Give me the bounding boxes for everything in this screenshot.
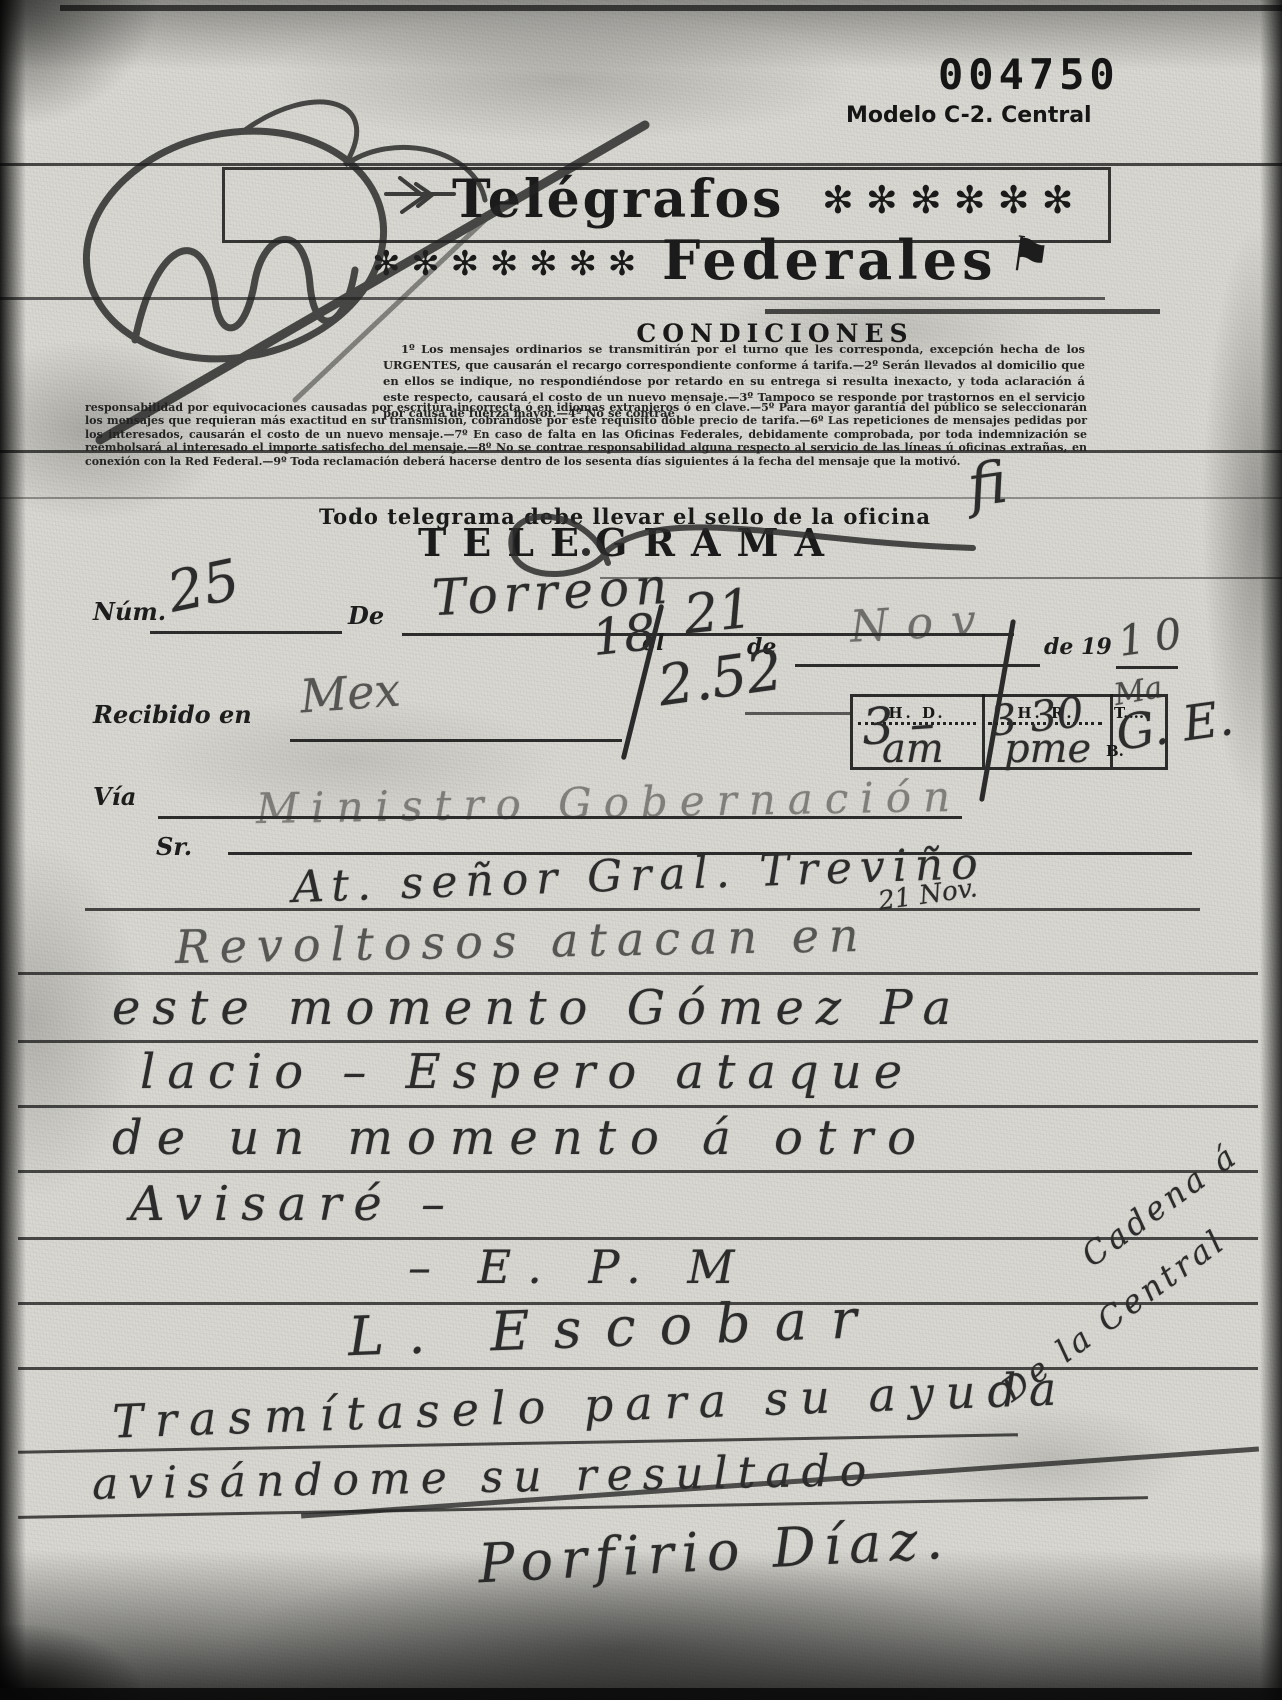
hw-year: 10	[1115, 607, 1195, 666]
blank-num	[150, 631, 342, 634]
ruled-line	[745, 712, 850, 715]
label-de19: de 19	[1044, 634, 1112, 660]
ruled-line	[18, 1040, 1258, 1043]
label-num: Núm.	[93, 597, 166, 626]
label-de: De	[348, 601, 384, 630]
hw-message-line: lacio – Espero ataque	[140, 1044, 914, 1100]
hw-addressee: Ministro Gobernación	[256, 772, 963, 833]
hw-month: Nov	[849, 594, 995, 652]
masthead-asterisks-row1: ✻ ✻ ✻ ✻ ✻ ✻	[822, 178, 1073, 222]
masthead-title-federales: Federales	[662, 228, 998, 292]
ruled-line	[765, 309, 1160, 314]
hw-initials: – E. P. M	[408, 1240, 750, 1294]
hw-number: 25	[162, 547, 245, 625]
blank-received-at	[290, 739, 622, 742]
hw-message-line: Avisaré –	[130, 1176, 457, 1232]
telegram-scan: 004750 Modelo C-2. Central Telégrafos ✻ …	[0, 0, 1282, 1700]
ruled-line	[18, 1170, 1258, 1173]
hw-received-amount: 2.52	[654, 638, 787, 720]
model-label: Modelo C-2. Central	[846, 103, 1092, 128]
flag-icon: ⚑	[1004, 225, 1054, 286]
hw-message-line: Revoltosos atacan en	[175, 908, 869, 974]
hw-message-line: este momento Gómez Pa	[112, 980, 963, 1036]
blank-year	[1116, 666, 1178, 669]
hw-received-at: Mex	[298, 663, 402, 724]
ruled-line	[85, 908, 1200, 911]
label-sr: Sr.	[156, 832, 192, 861]
hw-hd-value2: am	[882, 726, 944, 772]
hw-final-signature: Porfirio Díaz.	[477, 1508, 953, 1596]
hw-sender-signature: L. Escobar	[347, 1287, 882, 1369]
serial-number: 004750	[938, 50, 1120, 99]
hw-message-line: de un momento á otro	[112, 1110, 930, 1166]
hw-forward-note-line2: avisándome su resultado	[92, 1445, 877, 1510]
hw-hr-value2: pme	[1004, 726, 1091, 772]
label-via: Vía	[93, 782, 136, 811]
ink-scribble	[55, 70, 695, 470]
hw-day: 21	[681, 577, 756, 647]
ruled-line	[18, 1105, 1258, 1108]
time-box-divider	[982, 694, 985, 767]
ruled-line	[60, 5, 1282, 11]
label-recibido: Recibido en	[93, 700, 252, 729]
